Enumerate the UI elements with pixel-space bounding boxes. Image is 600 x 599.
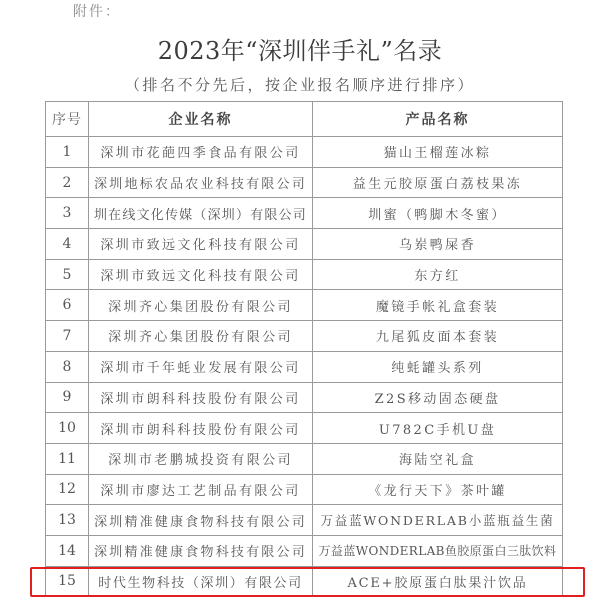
cell-product: Z2S移动固态硬盘 (313, 382, 563, 413)
cell-no: 3 (46, 198, 89, 229)
table-row: 11 深圳市老鹏城投资有限公司 海陆空礼盒 (46, 443, 563, 474)
cell-no: 8 (46, 351, 89, 382)
cell-no: 10 (46, 413, 89, 444)
table-row-highlighted: 15 时代生物科技（深圳）有限公司 ACE+胶原蛋白肽果汁饮品 (46, 566, 563, 597)
cell-product: 圳蜜（鸭脚木冬蜜） (313, 198, 563, 229)
cell-company: 深圳市花葩四季食品有限公司 (89, 137, 313, 168)
cell-company: 深圳市致远文化科技有限公司 (89, 259, 313, 290)
cell-no: 15 (46, 566, 89, 597)
table-row: 9 深圳市朗科科技股份有限公司 Z2S移动固态硬盘 (46, 382, 563, 413)
cell-no: 9 (46, 382, 89, 413)
table-row: 8 深圳市千年蚝业发展有限公司 纯蚝罐头系列 (46, 351, 563, 382)
cell-no: 2 (46, 167, 89, 198)
cell-no: 1 (46, 137, 89, 168)
cell-no: 7 (46, 321, 89, 352)
cell-no: 6 (46, 290, 89, 321)
cell-company: 深圳市朗科科技股份有限公司 (89, 413, 313, 444)
cell-product: 魔镜手帐礼盒套装 (313, 290, 563, 321)
header-company: 企业名称 (89, 102, 313, 137)
cell-product: 《龙行天下》茶叶罐 (313, 474, 563, 505)
table-row: 12 深圳市廖达工艺制品有限公司 《龙行天下》茶叶罐 (46, 474, 563, 505)
cell-product: ACE+胶原蛋白肽果汁饮品 (313, 566, 563, 597)
cell-product: 万益蓝WONDERLAB小蓝瓶益生菌 (313, 505, 563, 536)
page-title: 2023年“深圳伴手礼”名录 (0, 31, 600, 66)
table-header-row: 序号 企业名称 产品名称 (46, 102, 563, 137)
table-row: 2 深圳地标农品农业科技有限公司 益生元胶原蛋白荔枝果冻 (46, 167, 563, 198)
cell-product: 九尾狐皮面本套装 (313, 321, 563, 352)
cell-company: 圳在线文化传媒（深圳）有限公司 (89, 198, 313, 229)
table-row: 5 深圳市致远文化科技有限公司 东方红 (46, 259, 563, 290)
cell-product: 乌岽鸭屎香 (313, 229, 563, 260)
table-row: 13 深圳精准健康食物科技有限公司 万益蓝WONDERLAB小蓝瓶益生菌 (46, 505, 563, 536)
cell-no: 11 (46, 443, 89, 474)
cell-company: 深圳齐心集团股份有限公司 (89, 321, 313, 352)
souvenir-roster-table: 序号 企业名称 产品名称 1 深圳市花葩四季食品有限公司 猫山王榴莲冰粽 2 深… (45, 101, 563, 597)
cell-company: 深圳市朗科科技股份有限公司 (89, 382, 313, 413)
cell-product: 东方红 (313, 259, 563, 290)
cell-company: 深圳精准健康食物科技有限公司 (89, 505, 313, 536)
cell-no: 12 (46, 474, 89, 505)
cell-product: 益生元胶原蛋白荔枝果冻 (313, 167, 563, 198)
table-row: 7 深圳齐心集团股份有限公司 九尾狐皮面本套装 (46, 321, 563, 352)
cell-no: 5 (46, 259, 89, 290)
header-no: 序号 (46, 102, 89, 137)
table-row: 4 深圳市致远文化科技有限公司 乌岽鸭屎香 (46, 229, 563, 260)
cell-company: 时代生物科技（深圳）有限公司 (89, 566, 313, 597)
table-row: 6 深圳齐心集团股份有限公司 魔镜手帐礼盒套装 (46, 290, 563, 321)
cell-company: 深圳齐心集团股份有限公司 (89, 290, 313, 321)
cell-no: 14 (46, 535, 89, 566)
cell-product: U782C手机U盘 (313, 413, 563, 444)
cell-no: 4 (46, 229, 89, 260)
header-product: 产品名称 (313, 102, 563, 137)
cell-product: 海陆空礼盒 (313, 443, 563, 474)
cell-company: 深圳精准健康食物科技有限公司 (89, 535, 313, 566)
table-row: 14 深圳精准健康食物科技有限公司 万益蓝WONDERLAB鱼胶原蛋白三肽饮料 (46, 535, 563, 566)
cell-company: 深圳市廖达工艺制品有限公司 (89, 474, 313, 505)
table-row: 10 深圳市朗科科技股份有限公司 U782C手机U盘 (46, 413, 563, 444)
cell-product: 万益蓝WONDERLAB鱼胶原蛋白三肽饮料 (313, 535, 563, 566)
cell-no: 13 (46, 505, 89, 536)
table-row: 3 圳在线文化传媒（深圳）有限公司 圳蜜（鸭脚木冬蜜） (46, 198, 563, 229)
cell-product: 纯蚝罐头系列 (313, 351, 563, 382)
cell-company: 深圳地标农品农业科技有限公司 (89, 167, 313, 198)
cell-company: 深圳市千年蚝业发展有限公司 (89, 351, 313, 382)
table-row: 1 深圳市花葩四季食品有限公司 猫山王榴莲冰粽 (46, 137, 563, 168)
page-subtitle: （排名不分先后，按企业报名顺序进行排序） (0, 74, 600, 95)
attachment-label: 附件： (73, 1, 121, 21)
cell-company: 深圳市老鹏城投资有限公司 (89, 443, 313, 474)
cell-company: 深圳市致远文化科技有限公司 (89, 229, 313, 260)
cell-product: 猫山王榴莲冰粽 (313, 137, 563, 168)
